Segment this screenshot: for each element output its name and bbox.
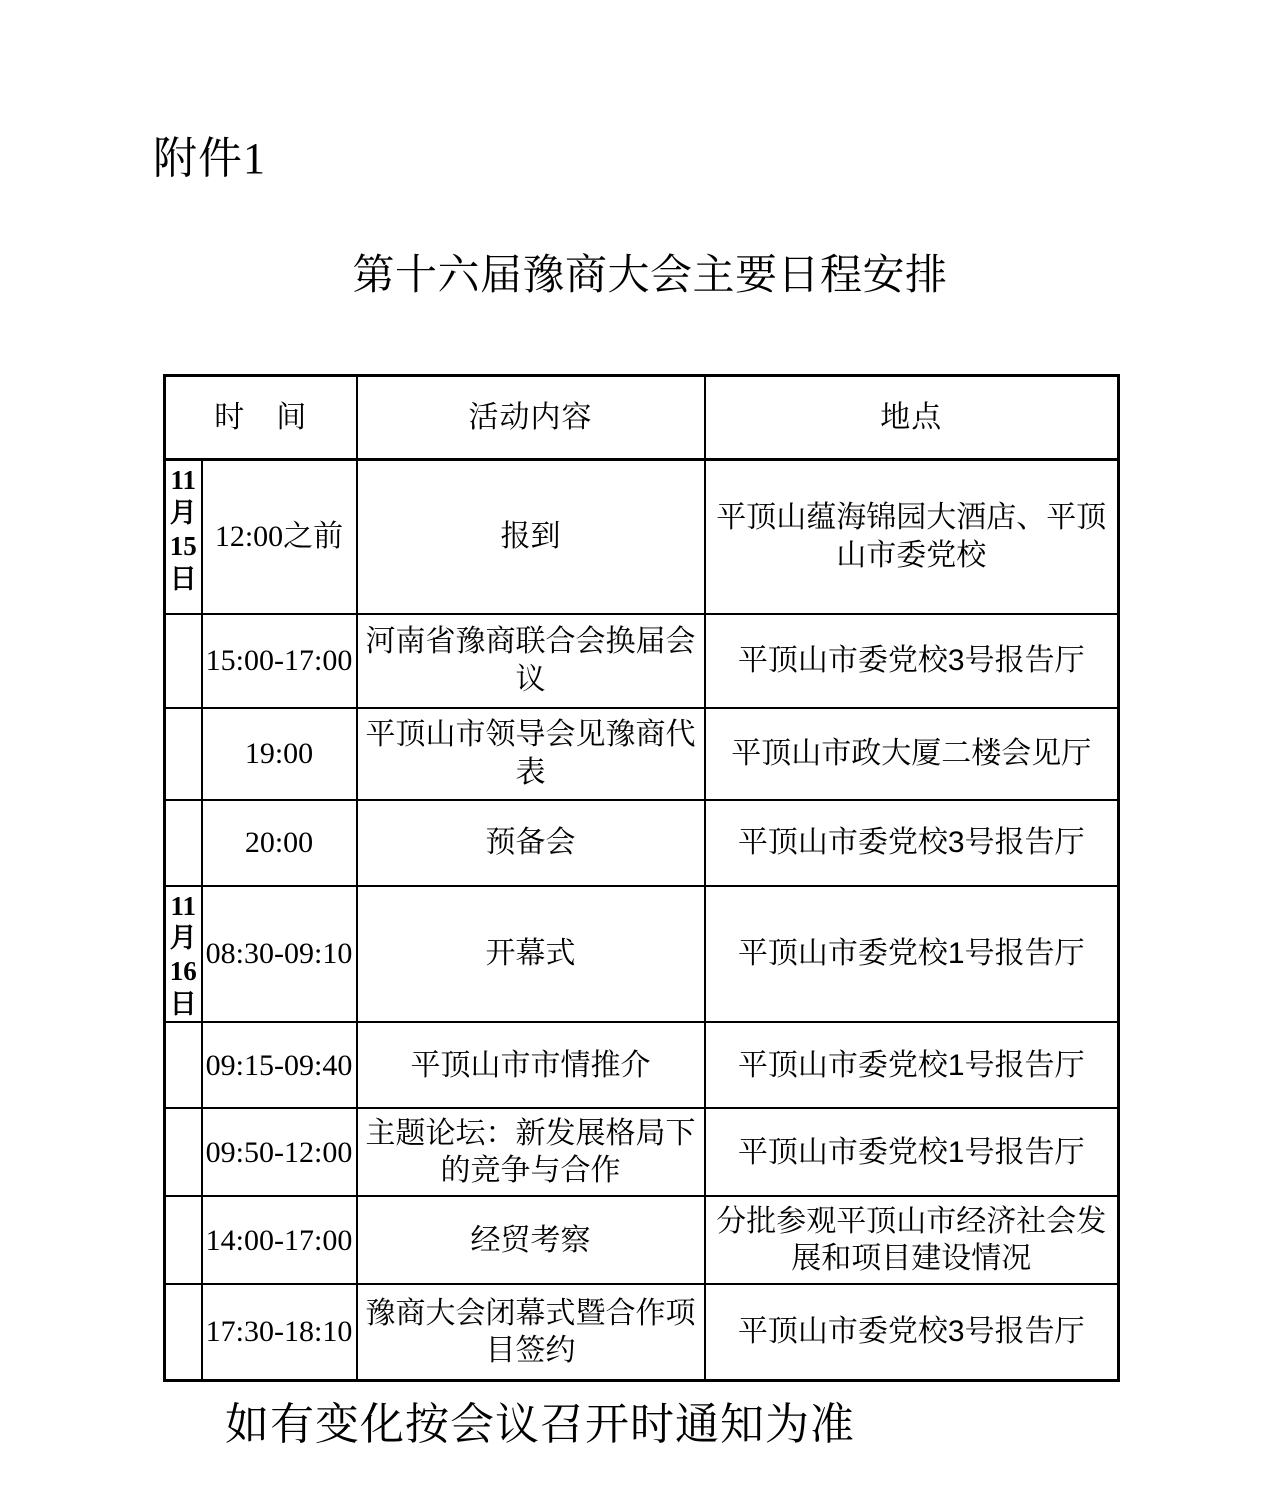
location-cell: 平顶山市委党校1号报告厅 <box>705 1108 1119 1196</box>
time-cell: 12:00之前 <box>202 460 357 614</box>
schedule-table: 时 间 活动内容 地点 11 月 15 日 12:00之前 报到 平顶山蕴海锦园… <box>163 374 1120 1382</box>
date-cell <box>165 800 202 886</box>
time-cell: 20:00 <box>202 800 357 886</box>
table-row: 14:00-17:00 经贸考察 分批参观平顶山市经济社会发展和项目建设情况 <box>165 1196 1119 1284</box>
time-cell: 19:00 <box>202 708 357 800</box>
activity-cell: 报到 <box>357 460 705 614</box>
location-cell: 平顶山市委党校3号报告厅 <box>705 1284 1119 1380</box>
activity-cell: 平顶山市市情推介 <box>357 1022 705 1108</box>
location-cell: 平顶山市委党校1号报告厅 <box>705 1022 1119 1108</box>
table-row: 19:00 平顶山市领导会见豫商代表 平顶山市政大厦二楼会见厅 <box>165 708 1119 800</box>
table-row: 11 月 15 日 12:00之前 报到 平顶山蕴海锦园大酒店、平顶山市委党校 <box>165 460 1119 614</box>
date-cell <box>165 1108 202 1196</box>
activity-cell: 预备会 <box>357 800 705 886</box>
time-cell: 08:30-09:10 <box>202 886 357 1023</box>
time-cell: 17:30-18:10 <box>202 1284 357 1380</box>
date-cell: 11 月 15 日 <box>165 460 202 614</box>
table-header-row: 时 间 活动内容 地点 <box>165 376 1119 460</box>
date-cell <box>165 1196 202 1284</box>
header-activity: 活动内容 <box>357 376 705 460</box>
location-cell: 平顶山市委党校3号报告厅 <box>705 800 1119 886</box>
table-row: 15:00-17:00 河南省豫商联合会换届会议 平顶山市委党校3号报告厅 <box>165 614 1119 708</box>
location-cell: 平顶山市政大厦二楼会见厅 <box>705 708 1119 800</box>
activity-cell: 主题论坛：新发展格局下的竞争与合作 <box>357 1108 705 1196</box>
table-row: 17:30-18:10 豫商大会闭幕式暨合作项目签约 平顶山市委党校3号报告厅 <box>165 1284 1119 1380</box>
header-location: 地点 <box>705 376 1119 460</box>
date-cell <box>165 1284 202 1380</box>
location-cell: 平顶山蕴海锦园大酒店、平顶山市委党校 <box>705 460 1119 614</box>
activity-cell: 平顶山市领导会见豫商代表 <box>357 708 705 800</box>
footer-note: 如有变化按会议召开时通知为准 <box>225 1388 855 1452</box>
date-cell <box>165 708 202 800</box>
location-cell: 平顶山市委党校1号报告厅 <box>705 886 1119 1023</box>
time-cell: 14:00-17:00 <box>202 1196 357 1284</box>
time-cell: 09:15-09:40 <box>202 1022 357 1108</box>
date-cell: 11 月 16 日 <box>165 886 202 1023</box>
activity-cell: 开幕式 <box>357 886 705 1023</box>
table-row: 09:15-09:40 平顶山市市情推介 平顶山市委党校1号报告厅 <box>165 1022 1119 1108</box>
time-cell: 09:50-12:00 <box>202 1108 357 1196</box>
table-row: 11 月 16 日 08:30-09:10 开幕式 平顶山市委党校1号报告厅 <box>165 886 1119 1023</box>
location-cell: 平顶山市委党校3号报告厅 <box>705 614 1119 708</box>
activity-cell: 经贸考察 <box>357 1196 705 1284</box>
attachment-label: 附件1 <box>153 122 266 186</box>
header-time: 时 间 <box>165 376 357 460</box>
table-row: 20:00 预备会 平顶山市委党校3号报告厅 <box>165 800 1119 886</box>
location-cell: 分批参观平顶山市经济社会发展和项目建设情况 <box>705 1196 1119 1284</box>
page-title: 第十六届豫商大会主要日程安排 <box>0 242 1284 302</box>
time-cell: 15:00-17:00 <box>202 614 357 708</box>
date-cell <box>165 614 202 708</box>
activity-cell: 豫商大会闭幕式暨合作项目签约 <box>357 1284 705 1380</box>
activity-cell: 河南省豫商联合会换届会议 <box>357 614 705 708</box>
date-cell <box>165 1022 202 1108</box>
table-row: 09:50-12:00 主题论坛：新发展格局下的竞争与合作 平顶山市委党校1号报… <box>165 1108 1119 1196</box>
